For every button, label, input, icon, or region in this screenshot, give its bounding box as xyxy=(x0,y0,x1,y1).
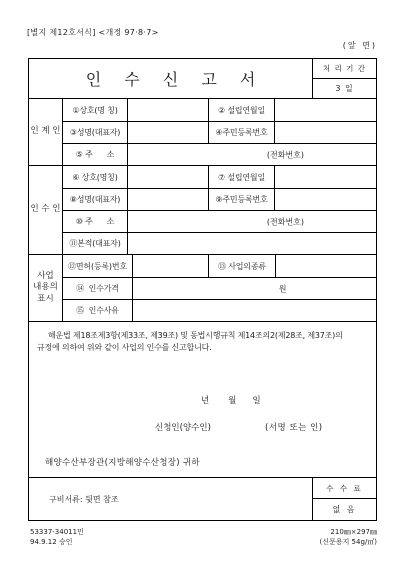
field-label-establish-date: ② 설립연월일 xyxy=(209,99,275,121)
section-transferor: 인 계 인 ①상호(명 칭) ② 설립연월일 ③성명(대표자) ④주민등록번호 … xyxy=(29,99,376,166)
field-label-company-name: ⑥ 상호(명칭) xyxy=(63,166,128,188)
addressee: 해양수산부장관(지방해양수산청장) 귀하 xyxy=(45,456,200,468)
field-value-resident-id xyxy=(275,189,376,210)
field-value-address: (전화번호) xyxy=(128,144,376,165)
field-value-company-name xyxy=(128,99,209,121)
row-transferee-address: ⑩ 주 소 (전화번호) xyxy=(63,210,376,232)
signature-or-seal-note: (서명 또는 인) xyxy=(265,421,323,433)
row-takeover-reason: ⑮ 인수사유 xyxy=(63,299,376,321)
date-line: 년 월 일 xyxy=(201,394,261,406)
field-value-resident-id xyxy=(275,122,376,143)
field-value-establish-date xyxy=(275,99,376,121)
field-label-address: ⑩ 주 소 xyxy=(63,211,128,232)
section-label-transferor: 인 계 인 xyxy=(29,99,63,165)
required-documents-note: 구비서류: 뒷면 참조 xyxy=(29,478,312,520)
processing-period-value: 3 일 xyxy=(313,79,376,98)
row-transferor-address: ⑤ 주 소 (전화번호) xyxy=(63,143,376,165)
fee-label: 수 수 료 xyxy=(313,478,376,499)
section-rows-transferor: ①상호(명 칭) ② 설립연월일 ③성명(대표자) ④주민등록번호 ⑤ 주 소 … xyxy=(63,99,376,165)
applicant-label: 신청인(양수인) xyxy=(155,421,211,433)
footnote-right: 210㎜×297㎜ (신문용지 54g/㎡) xyxy=(320,527,377,547)
approval-date: 94.9.12 승인 xyxy=(30,537,84,547)
section-label-transferee: 인 수 인 xyxy=(29,166,63,254)
field-value-business-type xyxy=(276,255,376,277)
field-value-license-number xyxy=(133,255,209,277)
field-label-company-name: ①상호(명 칭) xyxy=(63,99,128,121)
paper-size: 210㎜×297㎜ xyxy=(320,527,377,537)
field-value-takeover-reason xyxy=(133,300,376,321)
field-value-establish-date xyxy=(275,166,376,188)
fee-value: 없 음 xyxy=(313,499,376,520)
row-transferee-name: ⑥ 상호(명칭) ⑦ 설립연월일 xyxy=(63,166,376,188)
form-table: 인 수 신 고 서 처 리 기 간 3 일 인 계 인 ①상호(명 칭) ② 설… xyxy=(28,58,377,521)
row-transferee-domicile: ⑪본적(대표자) xyxy=(63,232,376,254)
row-license-number: ⑫면허(등록)번호 ⑬ 사업의종류 xyxy=(63,255,376,277)
title-row: 인 수 신 고 서 처 리 기 간 3 일 xyxy=(29,59,376,99)
field-label-resident-id: ⑨주민등록번호 xyxy=(209,189,275,210)
field-label-takeover-reason: ⑮ 인수사유 xyxy=(63,300,133,321)
section-transferee: 인 수 인 ⑥ 상호(명칭) ⑦ 설립연월일 ⑧성명(대표자) ⑨주민등록번호 … xyxy=(29,166,376,255)
processing-period-label: 처 리 기 간 xyxy=(313,59,376,79)
row-transferor-rep: ③성명(대표자) ④주민등록번호 xyxy=(63,121,376,143)
row-transferee-rep: ⑧성명(대표자) ⑨주민등록번호 xyxy=(63,188,376,210)
field-label-rep-name: ③성명(대표자) xyxy=(63,122,128,143)
side-label: (앞 면) xyxy=(343,40,377,51)
form-reference: [별지 제12호서식] <개정 97·8·7> xyxy=(27,27,159,38)
field-label-address: ⑤ 주 소 xyxy=(63,144,128,165)
field-value-takeover-price: 원 xyxy=(133,278,376,299)
fee-box: 수 수 료 없 음 xyxy=(312,478,376,520)
section-label-business-details: 사업 내용의 표시 xyxy=(29,255,63,321)
field-label-establish-date: ⑦ 설립연월일 xyxy=(209,166,275,188)
paper-spec: (신문용지 54g/㎡) xyxy=(320,537,377,547)
phone-number-note: (전화번호) xyxy=(267,216,304,227)
declaration-line2: 규정에 의하여 위와 같이 사업의 인수를 신고합니다. xyxy=(37,342,368,354)
row-takeover-price: ⑭ 인수가격 원 xyxy=(63,277,376,299)
row-transferor-name: ①상호(명 칭) ② 설립연월일 xyxy=(63,99,376,121)
field-label-business-type: ⑬ 사업의종류 xyxy=(209,255,276,277)
declaration-text: 해운법 제18조제3항(제33조, 제39조) 및 동법시행규칙 제14조의2(… xyxy=(29,322,376,355)
section-rows-business-details: ⑫면허(등록)번호 ⑬ 사업의종류 ⑭ 인수가격 원 ⑮ 인수사유 xyxy=(63,255,376,321)
field-value-domicile xyxy=(128,233,376,254)
field-label-rep-name: ⑧성명(대표자) xyxy=(63,189,128,210)
field-label-takeover-price: ⑭ 인수가격 xyxy=(63,278,133,299)
field-value-rep-name xyxy=(128,122,209,143)
form-code: 53337-34011민 xyxy=(30,527,84,537)
field-value-address: (전화번호) xyxy=(128,211,376,232)
section-rows-transferee: ⑥ 상호(명칭) ⑦ 설립연월일 ⑧성명(대표자) ⑨주민등록번호 ⑩ 주 소 … xyxy=(63,166,376,254)
declaration-line1: 해운법 제18조제3항(제33조, 제39조) 및 동법시행규칙 제14조의2(… xyxy=(37,330,368,342)
field-label-license-number: ⑫면허(등록)번호 xyxy=(63,255,133,277)
form-title: 인 수 신 고 서 xyxy=(29,59,312,98)
field-value-rep-name xyxy=(128,189,209,210)
section-business-details: 사업 내용의 표시 ⑫면허(등록)번호 ⑬ 사업의종류 ⑭ 인수가격 원 ⑮ 인… xyxy=(29,255,376,322)
bottom-row: 구비서류: 뒷면 참조 수 수 료 없 음 xyxy=(29,478,376,520)
field-label-resident-id: ④주민등록번호 xyxy=(209,122,275,143)
phone-number-note: (전화번호) xyxy=(267,149,304,160)
processing-period-box: 처 리 기 간 3 일 xyxy=(312,59,376,98)
field-value-company-name xyxy=(128,166,209,188)
currency-won-note: 원 xyxy=(279,283,287,294)
form-page: [별지 제12호서식] <개정 97·8·7> (앞 면) 인 수 신 고 서 … xyxy=(0,0,400,565)
declaration-box: 해운법 제18조제3항(제33조, 제39조) 및 동법시행규칙 제14조의2(… xyxy=(29,322,376,478)
footnote-left: 53337-34011민 94.9.12 승인 xyxy=(30,527,84,547)
field-label-domicile: ⑪본적(대표자) xyxy=(63,233,128,254)
